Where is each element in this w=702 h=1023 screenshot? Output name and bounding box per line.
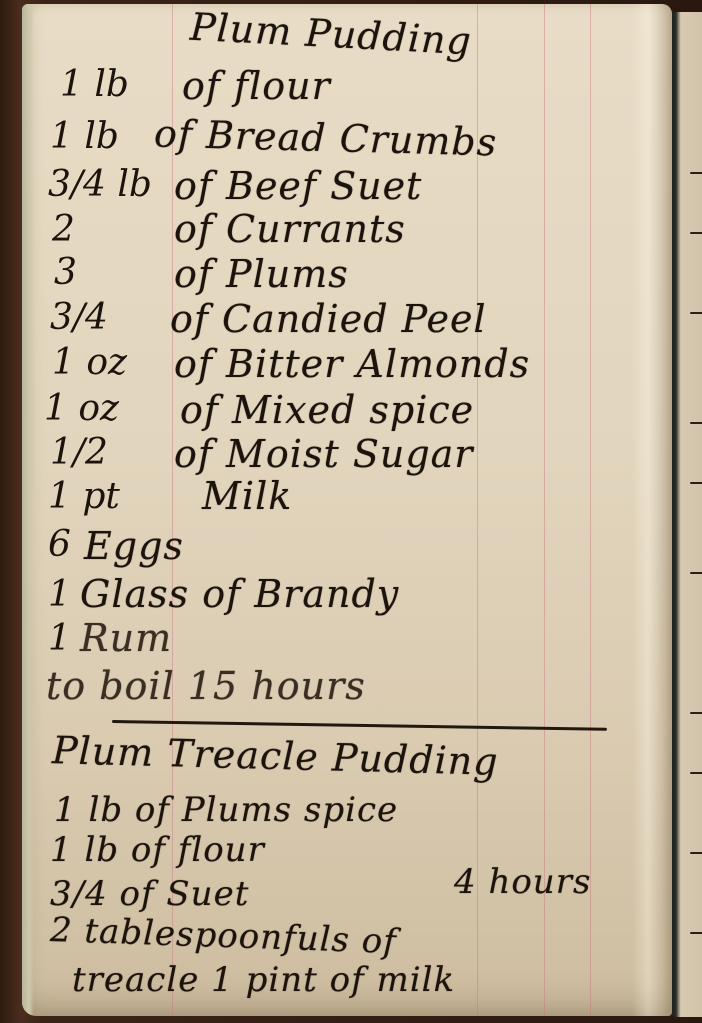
ingredient-item: of flour	[182, 64, 331, 108]
recipe-divider-line	[112, 720, 607, 731]
ingredient-item: Eggs	[84, 524, 184, 568]
ingredient-item: Rum	[80, 616, 172, 660]
ingredient-item: of Mixed spice	[180, 388, 474, 432]
recipe-line: 1 lb of flour	[50, 830, 265, 870]
ingredient-qty: 1	[48, 618, 71, 659]
ink-mark	[690, 932, 702, 934]
ingredient-item: of Moist Sugar	[174, 432, 473, 476]
ingredient-item: Glass of Brandy	[80, 572, 399, 616]
ink-mark	[690, 312, 702, 314]
ink-mark	[690, 422, 702, 424]
recipe-book-page: Plum Pudding 1 lb of flour 1 lb of Bread…	[22, 4, 672, 1016]
ink-mark	[690, 772, 702, 774]
cooking-time-note: 4 hours	[454, 862, 591, 902]
ingredient-qty: 6	[48, 524, 71, 565]
ink-mark	[690, 852, 702, 854]
recipe-line: treacle 1 pint of milk	[72, 960, 455, 1000]
recipe-line: 1 lb of Plums spice	[54, 790, 398, 830]
ingredient-item: of Bitter Almonds	[174, 342, 530, 386]
ink-mark	[690, 172, 702, 174]
ingredient-item: of Plums	[174, 252, 349, 296]
ingredient-qty: 1 lb	[50, 116, 119, 157]
ink-mark	[690, 232, 702, 234]
ink-mark	[690, 712, 702, 714]
recipe-title: Plum Pudding	[189, 5, 473, 64]
ingredient-qty: 2	[52, 209, 75, 250]
ingredient-qty: 3	[54, 252, 77, 293]
ingredient-qty: 1 oz	[52, 342, 127, 383]
ingredient-qty: 3/4	[50, 297, 108, 338]
recipe-line: 2 tablespoonfuls of	[49, 910, 397, 962]
ingredient-item: Milk	[202, 474, 292, 518]
ingredient-item: of Candied Peel	[170, 297, 487, 341]
recipe-title: Plum Treacle Pudding	[52, 728, 500, 784]
ingredient-qty: 1 oz	[44, 388, 119, 429]
torn-page-edge	[632, 4, 672, 1016]
cooking-instruction: to boil 15 hours	[46, 664, 366, 708]
ingredient-item: of Beef Suet	[174, 164, 422, 208]
ingredient-qty: 1/2	[50, 432, 108, 473]
ingredient-qty: 1 pt	[48, 476, 120, 517]
recipe-line: 3/4 of Suet	[50, 874, 249, 914]
adjacent-page-edge	[672, 12, 702, 1017]
ingredient-qty: 3/4 lb	[48, 164, 152, 205]
ingredient-qty: 1 lb	[60, 64, 129, 105]
ink-mark	[690, 572, 702, 574]
ink-mark	[690, 482, 702, 484]
ingredient-item: of Bread Crumbs	[153, 112, 497, 165]
ingredient-qty: 1	[48, 574, 71, 615]
ingredient-item: of Currants	[174, 207, 406, 251]
